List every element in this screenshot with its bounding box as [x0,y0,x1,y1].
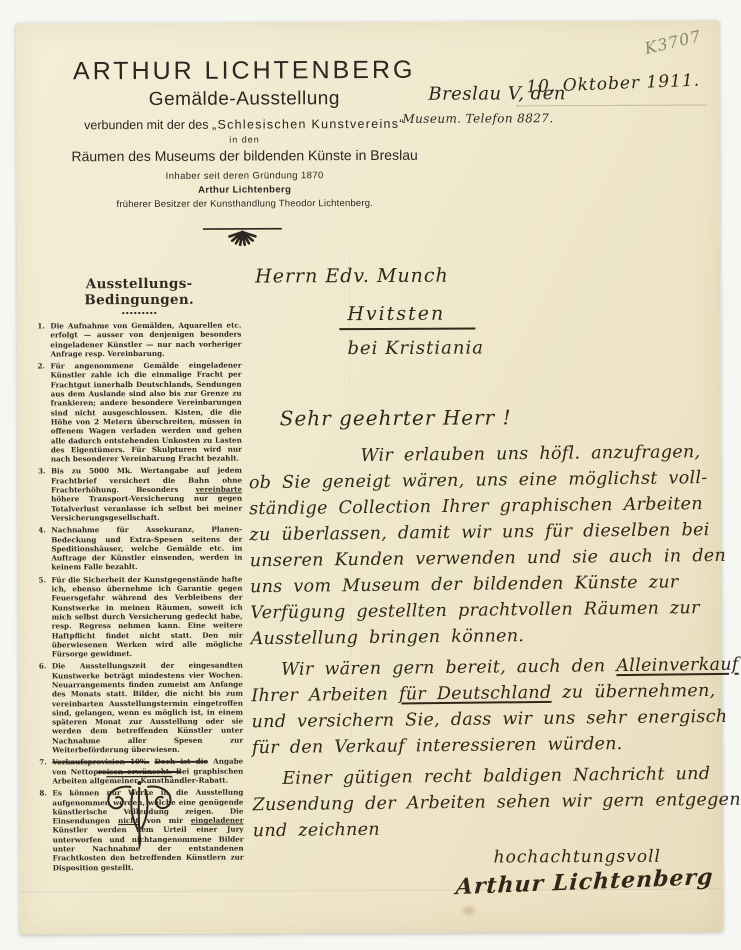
signature: Arthur Lichtenberg [455,864,714,900]
conditions-item-text: Für die Sicherheit der Kunstgegenstände … [51,574,242,658]
text-segment: ständige Collection Ihrer graphischen Ar… [249,494,703,519]
text-segment: Ihrer Arbeiten [251,685,399,707]
letterhead-former-owner-line: früherer Besitzer der Kunsthandlung Theo… [57,198,433,211]
paper-stain [460,904,478,918]
telefon-line: Museum. Telefon 8827. [402,111,553,126]
text-segment: zu überlassen, damit wir uns für dieselb… [249,520,709,545]
text-segment-u: vereinbarte [196,485,242,494]
letter-body-line: und zeichnen [253,813,741,845]
conditions-item: 6. Die Ausstellungszeit der eingesandten… [39,661,243,755]
text-segment: Wir wären gern bereit, auch den [281,656,617,680]
letterhead-owner-name: Arthur Lichtenberg [57,184,433,197]
letterhead-subtitle: Gemälde-Ausstellung [56,88,432,112]
text-segment: Verfügung gestellten prachtvollen Räumen… [250,598,700,623]
text-segment: höhere Transport-Versicherung nur gegen … [51,494,242,522]
letter-body-line: Verfügung gestellten prachtvollen Räumen… [250,595,741,627]
text-segment-u2: für Deutschland [399,683,552,705]
conditions-item-number: 6. [39,662,47,671]
letterhead-association-pre: verbunden mit der des [84,118,212,133]
text-segment-strike: Doch ist die [155,757,208,766]
letterhead: ARTHUR LICHTENBERG Gemälde-Ausstellung v… [56,56,433,211]
conditions-item: 2. Für angenommene Gemälde eingeladener … [37,361,241,464]
letterhead-association-name: „Schlesischen Kunstvereins“ [212,117,405,132]
text-segment: und zeichnen [253,820,380,841]
fan-ornament-icon [195,224,290,252]
letterhead-name: ARTHUR LICHTENBERG [56,56,432,87]
text-segment: für den Verkauf interessieren würden. [252,734,623,758]
text-segment: Einer gütigen recht baldigen Nachricht u… [282,764,710,789]
letterhead-association-line: verbunden mit der des „Schlesischen Kuns… [56,117,432,133]
text-segment: und versichern Sie, dass wir uns sehr en… [252,707,728,732]
conditions-item-text: Für angenommene Gemälde eingeladener Kün… [50,361,241,464]
closing-phrase: hochachtungsvoll [494,847,661,868]
text-segment: Zusendung der Arbeiten sehen wir gern en… [252,790,741,816]
letter-body-line: für den Verkauf interessieren würden. [252,730,741,762]
conditions-item-number: 3. [38,467,46,476]
text-segment: uns vom Museum der bildenden Künste zur [250,572,679,597]
letter-paper: K3707 ARTHUR LICHTENBERG Gemälde-Ausstel… [16,20,723,934]
conditions-item: 1. Die Aufnahme von Gemälden, Aquarellen… [37,321,241,359]
letter-body-line: und versichern Sie, dass wir uns sehr en… [251,704,741,736]
fleuron-ornament-icon [93,771,185,876]
text-segment: Nachnahme für Assekuranz, Planen-Bedecku… [51,525,242,572]
text-segment: unseren Kunden verwenden und sie auch in… [250,546,726,571]
conditions-item-number: 1. [37,321,45,330]
conditions-item-text: Nachnahme für Assekuranz, Planen-Bedecku… [51,525,242,572]
text-segment: Wir erlauben uns höfl. anzufragen, [360,442,700,466]
recipient-region: bei Kristiania [347,337,484,359]
text-segment-u: eingeladener [191,816,244,825]
letter-body-line: Ausstellung bringen können. [251,621,741,653]
salutation: Sehr geehrter Herr ! [280,405,512,430]
conditions-item-text: Bis zu 5000 Mk. Wertangabe auf jedem Fra… [51,466,242,522]
conditions-item-text: Die Aufnahme von Gemälden, Aquarellen et… [50,321,241,359]
letterhead-founder-line: Inhaber seit deren Gründung 1870 [57,170,433,183]
letterhead-in-den: in den [57,134,433,146]
text-segment: Die Ausstellungszeit der eingesandten Ku… [52,661,243,755]
conditions-divider-ornament [122,312,156,314]
conditions-item-number: 5. [38,575,46,584]
text-segment: Für die Sicherheit der Kunstgegenstände … [51,574,242,658]
text-segment-u2: Alleinverkauf [616,655,739,676]
conditions-item: 4. Nachnahme für Assekuranz, Planen-Bede… [38,525,242,572]
conditions-item: 3. Bis zu 5000 Mk. Wertangabe auf jedem … [38,466,242,523]
letter-body-line: Zusendung der Arbeiten sehen wir gern en… [252,787,741,819]
text-segment: ob Sie geneigt wären, uns eine möglichst… [249,468,708,493]
archive-annotation: K3707 [643,26,703,58]
conditions-item-number: 4. [38,526,46,535]
recipient-name: Herrn Edv. Munch [255,265,449,288]
scan-backdrop: K3707 ARTHUR LICHTENBERG Gemälde-Ausstel… [0,0,741,950]
recipient-place: Hvitsten [339,303,475,331]
conditions-item-text: Die Ausstellungszeit der eingesandten Ku… [52,661,243,755]
letterhead-museum-line: Räumen des Museums der bildenden Künste … [57,147,433,165]
conditions-item-number: 8. [39,789,47,798]
text-segment: Die Aufnahme von Gemälden, Aquarellen et… [50,321,241,359]
conditions-item-number: 2. [37,362,45,371]
text-segment-strike: Verkaufsprovision 10%. [52,757,149,766]
text-segment: Ausstellung bringen können. [251,626,525,649]
text-segment: zu übernehmen, [551,681,715,703]
conditions-item-number: 7. [39,758,47,767]
text-segment: Für angenommene Gemälde eingeladener Kün… [50,361,241,464]
letter-body: Wir erlauben uns höfl. anzufragen, ob Si… [248,439,741,845]
conditions-item: 5. Für die Sicherheit der Kunstgegenstän… [38,574,242,659]
conditions-heading: Ausstellungs-Bedingungen. [37,276,241,309]
